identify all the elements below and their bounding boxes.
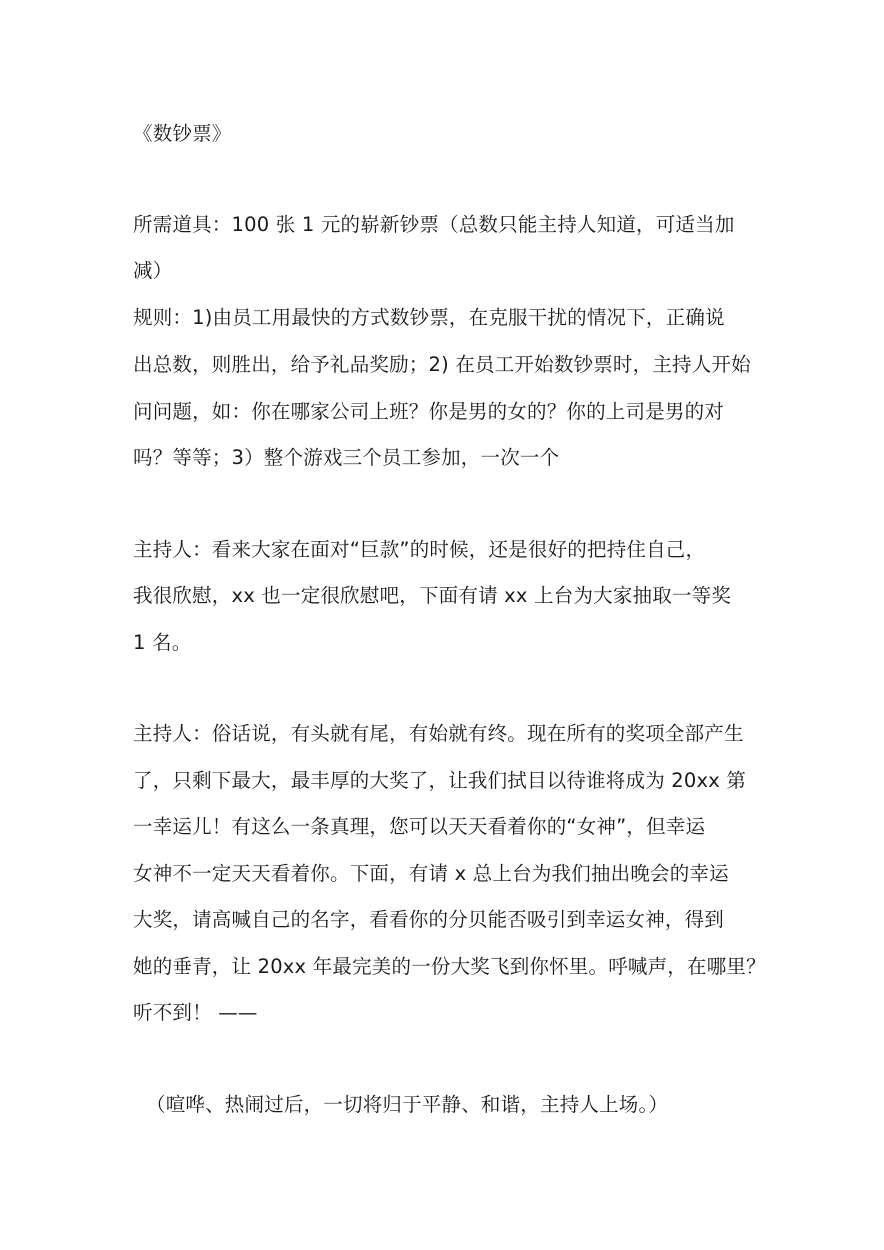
host-line: 我很欣慰，xx 也一定很欣慰吧，下面有请 xx 上台为大家抽取一等奖	[133, 584, 731, 608]
host-line: 主持人：看来大家在面对“巨款”的时候，还是很好的把持住自己，	[133, 538, 705, 562]
props-line: 减）	[133, 259, 172, 283]
rules-line: 出总数，则胜出，给予礼品奖励；2) 在员工开始数钞票时，主持人开始	[133, 353, 751, 377]
host-line: 大奖，请高喊自己的名字，看看你的分贝能否吸引到幸运女神，得到	[133, 908, 724, 932]
host-line: 1 名。	[133, 631, 191, 655]
document-page: 《数钞票》 所需道具：100 张 1 元的崭新钞票（总数只能主持人知道，可适当加…	[0, 0, 884, 1250]
host-line: 主持人：俗话说，有头就有尾，有始就有终。现在所有的奖项全部产生	[133, 722, 744, 746]
rules-line: 吗？等等；3）整个游戏三个员工参加，一次一个	[133, 446, 559, 470]
host-line: 女神不一定天天看着你。下面，有请 x 总上台为我们抽出晚会的幸运	[133, 862, 729, 886]
rules-line: 规则：1)由员工用最快的方式数钞票，在克服干扰的情况下，正确说	[133, 306, 725, 330]
props-line: 所需道具：100 张 1 元的崭新钞票（总数只能主持人知道，可适当加	[133, 213, 735, 237]
document-title: 《数钞票》	[133, 122, 232, 146]
host-line: 了，只剩下最大，最丰厚的大奖了，让我们拭目以待谁将成为 20xx 第	[133, 769, 746, 793]
host-line: 听不到！ ——	[133, 1001, 258, 1025]
rules-line: 问问题，如：你在哪家公司上班？你是男的女的？你的上司是男的对	[133, 400, 724, 424]
host-line: 她的垂青，让 20xx 年最完美的一份大奖飞到你怀里。呼喊声，在哪里？	[133, 955, 766, 979]
stage-direction: （喧哗、热闹过后，一切将归于平静、和谐，主持人上场。）	[146, 1093, 668, 1117]
host-line: 一幸运儿！有这么一条真理，您可以天天看着你的“女神”，但幸运	[133, 815, 705, 839]
